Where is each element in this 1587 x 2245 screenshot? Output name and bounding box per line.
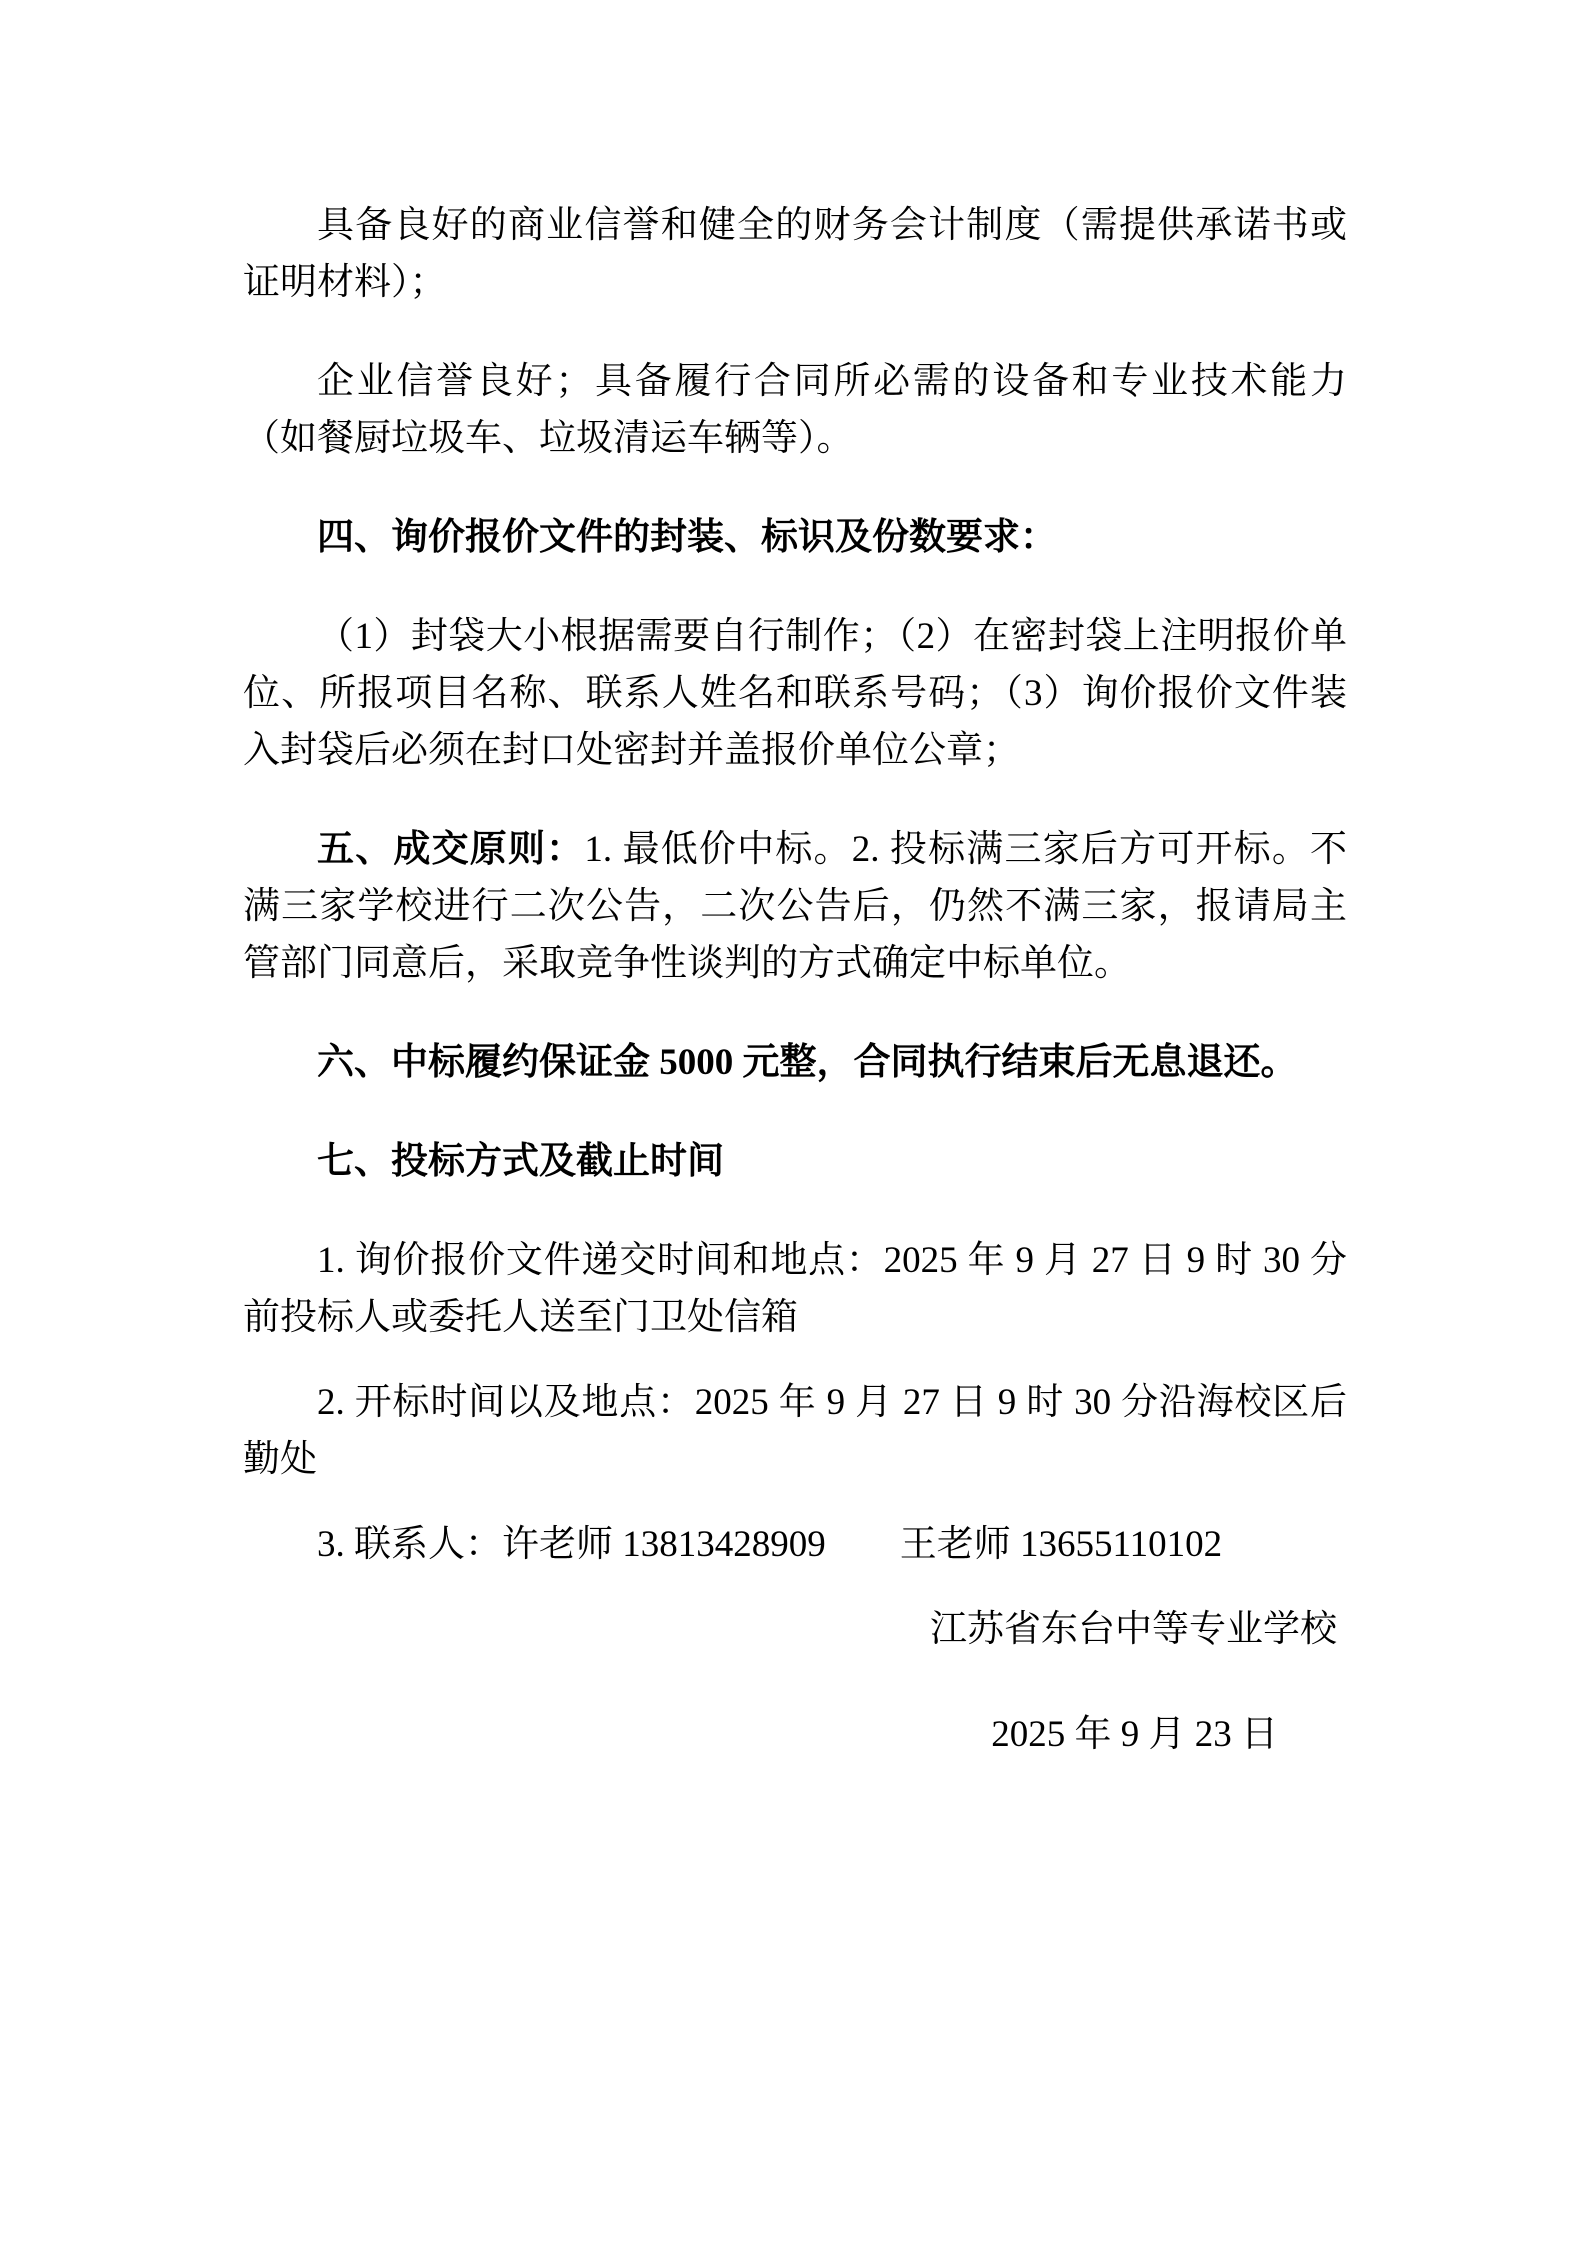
heading-section6-performance-bond: 六、中标履约保证金 5000 元整，合同执行结束后无息退还。 [243,1034,1347,1091]
signature-date: 2025 年 9 月 23 日 [243,1706,1347,1763]
document-page: 具备良好的商业信誉和健全的财务会计制度（需提供承诺书或证明材料）； 企业信誉良好… [0,0,1587,2245]
document-body: 具备良好的商业信誉和健全的财务会计制度（需提供承诺书或证明材料）； 企业信誉良好… [243,197,1347,1763]
heading-section7-bid-method-deadline: 七、投标方式及截止时间 [243,1133,1347,1190]
paragraph-credit-requirement: 具备良好的商业信誉和健全的财务会计制度（需提供承诺书或证明材料）； [243,197,1347,311]
signature-organization: 江苏省东台中等专业学校 [243,1601,1347,1658]
paragraph-section5-award-principle: 五、成交原则：1. 最低价中标。2. 投标满三家后方可开标。不满三家学校进行二次… [243,821,1347,992]
section5-award-principle-label: 五、成交原则： [317,829,584,870]
heading-section4-packaging-requirements: 四、询价报价文件的封装、标识及份数要求： [243,509,1347,566]
paragraph-item3-contacts: 3. 联系人：许老师 13813428909 王老师 13655110102 [243,1516,1347,1573]
paragraph-reputation-requirement: 企业信誉良好；具备履行合同所必需的设备和专业技术能力（如餐厨垃圾车、垃圾清运车辆… [243,353,1347,467]
paragraph-section4-body: （1）封袋大小根据需要自行制作；（2）在密封袋上注明报价单位、所报项目名称、联系… [243,608,1347,779]
paragraph-item2-opening-time-place: 2. 开标时间以及地点：2025 年 9 月 27 日 9 时 30 分沿海校区… [243,1374,1347,1488]
paragraph-item1-submission-time-place: 1. 询价报价文件递交时间和地点：2025 年 9 月 27 日 9 时 30 … [243,1232,1347,1346]
